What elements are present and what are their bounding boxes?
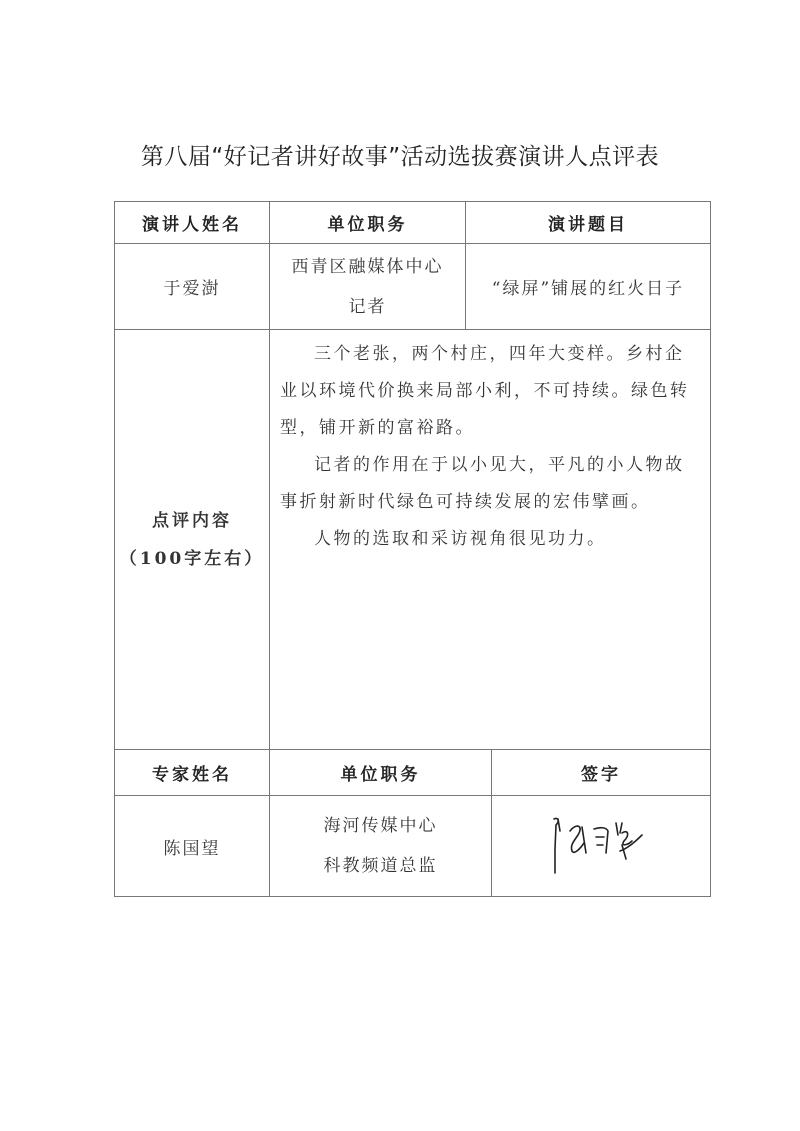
expert-row: 陈国望 海河传媒中心 科教频道总监 xyxy=(115,796,711,897)
handwritten-signature-icon xyxy=(546,809,656,879)
speaker-unit: 西青区融媒体中心 记者 xyxy=(270,244,466,330)
signature-cell xyxy=(492,796,711,897)
review-label-cell: 点评内容 （100字左右） xyxy=(115,330,270,750)
header-speaker-name: 演讲人姓名 xyxy=(115,202,270,244)
speaker-row: 于爱澍 西青区融媒体中心 记者 “绿屏”铺展的红火日子 xyxy=(115,244,711,330)
expert-name: 陈国望 xyxy=(115,796,270,897)
review-paragraph-2: 记者的作用在于以小见大，平凡的小人物故事折射新时代绿色可持续发展的宏伟擘画。 xyxy=(280,447,700,521)
header-expert-name: 专家姓名 xyxy=(115,750,270,796)
header-speech-topic: 演讲题目 xyxy=(466,202,711,244)
review-label: 点评内容 xyxy=(115,502,269,540)
review-row: 点评内容 （100字左右） 三个老张，两个村庄，四年大变样。乡村企业以环境代价换… xyxy=(115,330,711,750)
speaker-header-row: 演讲人姓名 单位职务 演讲题目 xyxy=(115,202,711,244)
speech-topic: “绿屏”铺展的红火日子 xyxy=(466,244,711,330)
header-unit-position: 单位职务 xyxy=(270,202,466,244)
review-paragraph-3: 人物的选取和采访视角很见功力。 xyxy=(280,521,700,558)
review-content: 三个老张，两个村庄，四年大变样。乡村企业以环境代价换来局部小利，不可持续。绿色转… xyxy=(270,330,711,750)
speaker-unit-line-1: 西青区融媒体中心 xyxy=(270,247,465,287)
header-signature: 签字 xyxy=(492,750,711,796)
review-paragraph-1: 三个老张，两个村庄，四年大变样。乡村企业以环境代价换来局部小利，不可持续。绿色转… xyxy=(280,336,700,447)
expert-header-row: 专家姓名 单位职务 签字 xyxy=(115,750,711,796)
speaker-unit-line-2: 记者 xyxy=(270,287,465,327)
document-title: 第八届“好记者讲好故事”活动选拔赛演讲人点评表 xyxy=(0,138,800,171)
expert-unit: 海河传媒中心 科教频道总监 xyxy=(270,796,492,897)
review-sublabel: （100字左右） xyxy=(115,540,269,578)
header-expert-unit: 单位职务 xyxy=(270,750,492,796)
expert-unit-line-2: 科教频道总监 xyxy=(270,846,491,886)
speaker-table: 演讲人姓名 单位职务 演讲题目 于爱澍 西青区融媒体中心 记者 “绿屏”铺展的红… xyxy=(114,201,711,750)
expert-unit-line-1: 海河传媒中心 xyxy=(270,806,491,846)
speaker-name: 于爱澍 xyxy=(115,244,270,330)
expert-table: 专家姓名 单位职务 签字 陈国望 海河传媒中心 科教频道总监 xyxy=(114,749,711,897)
